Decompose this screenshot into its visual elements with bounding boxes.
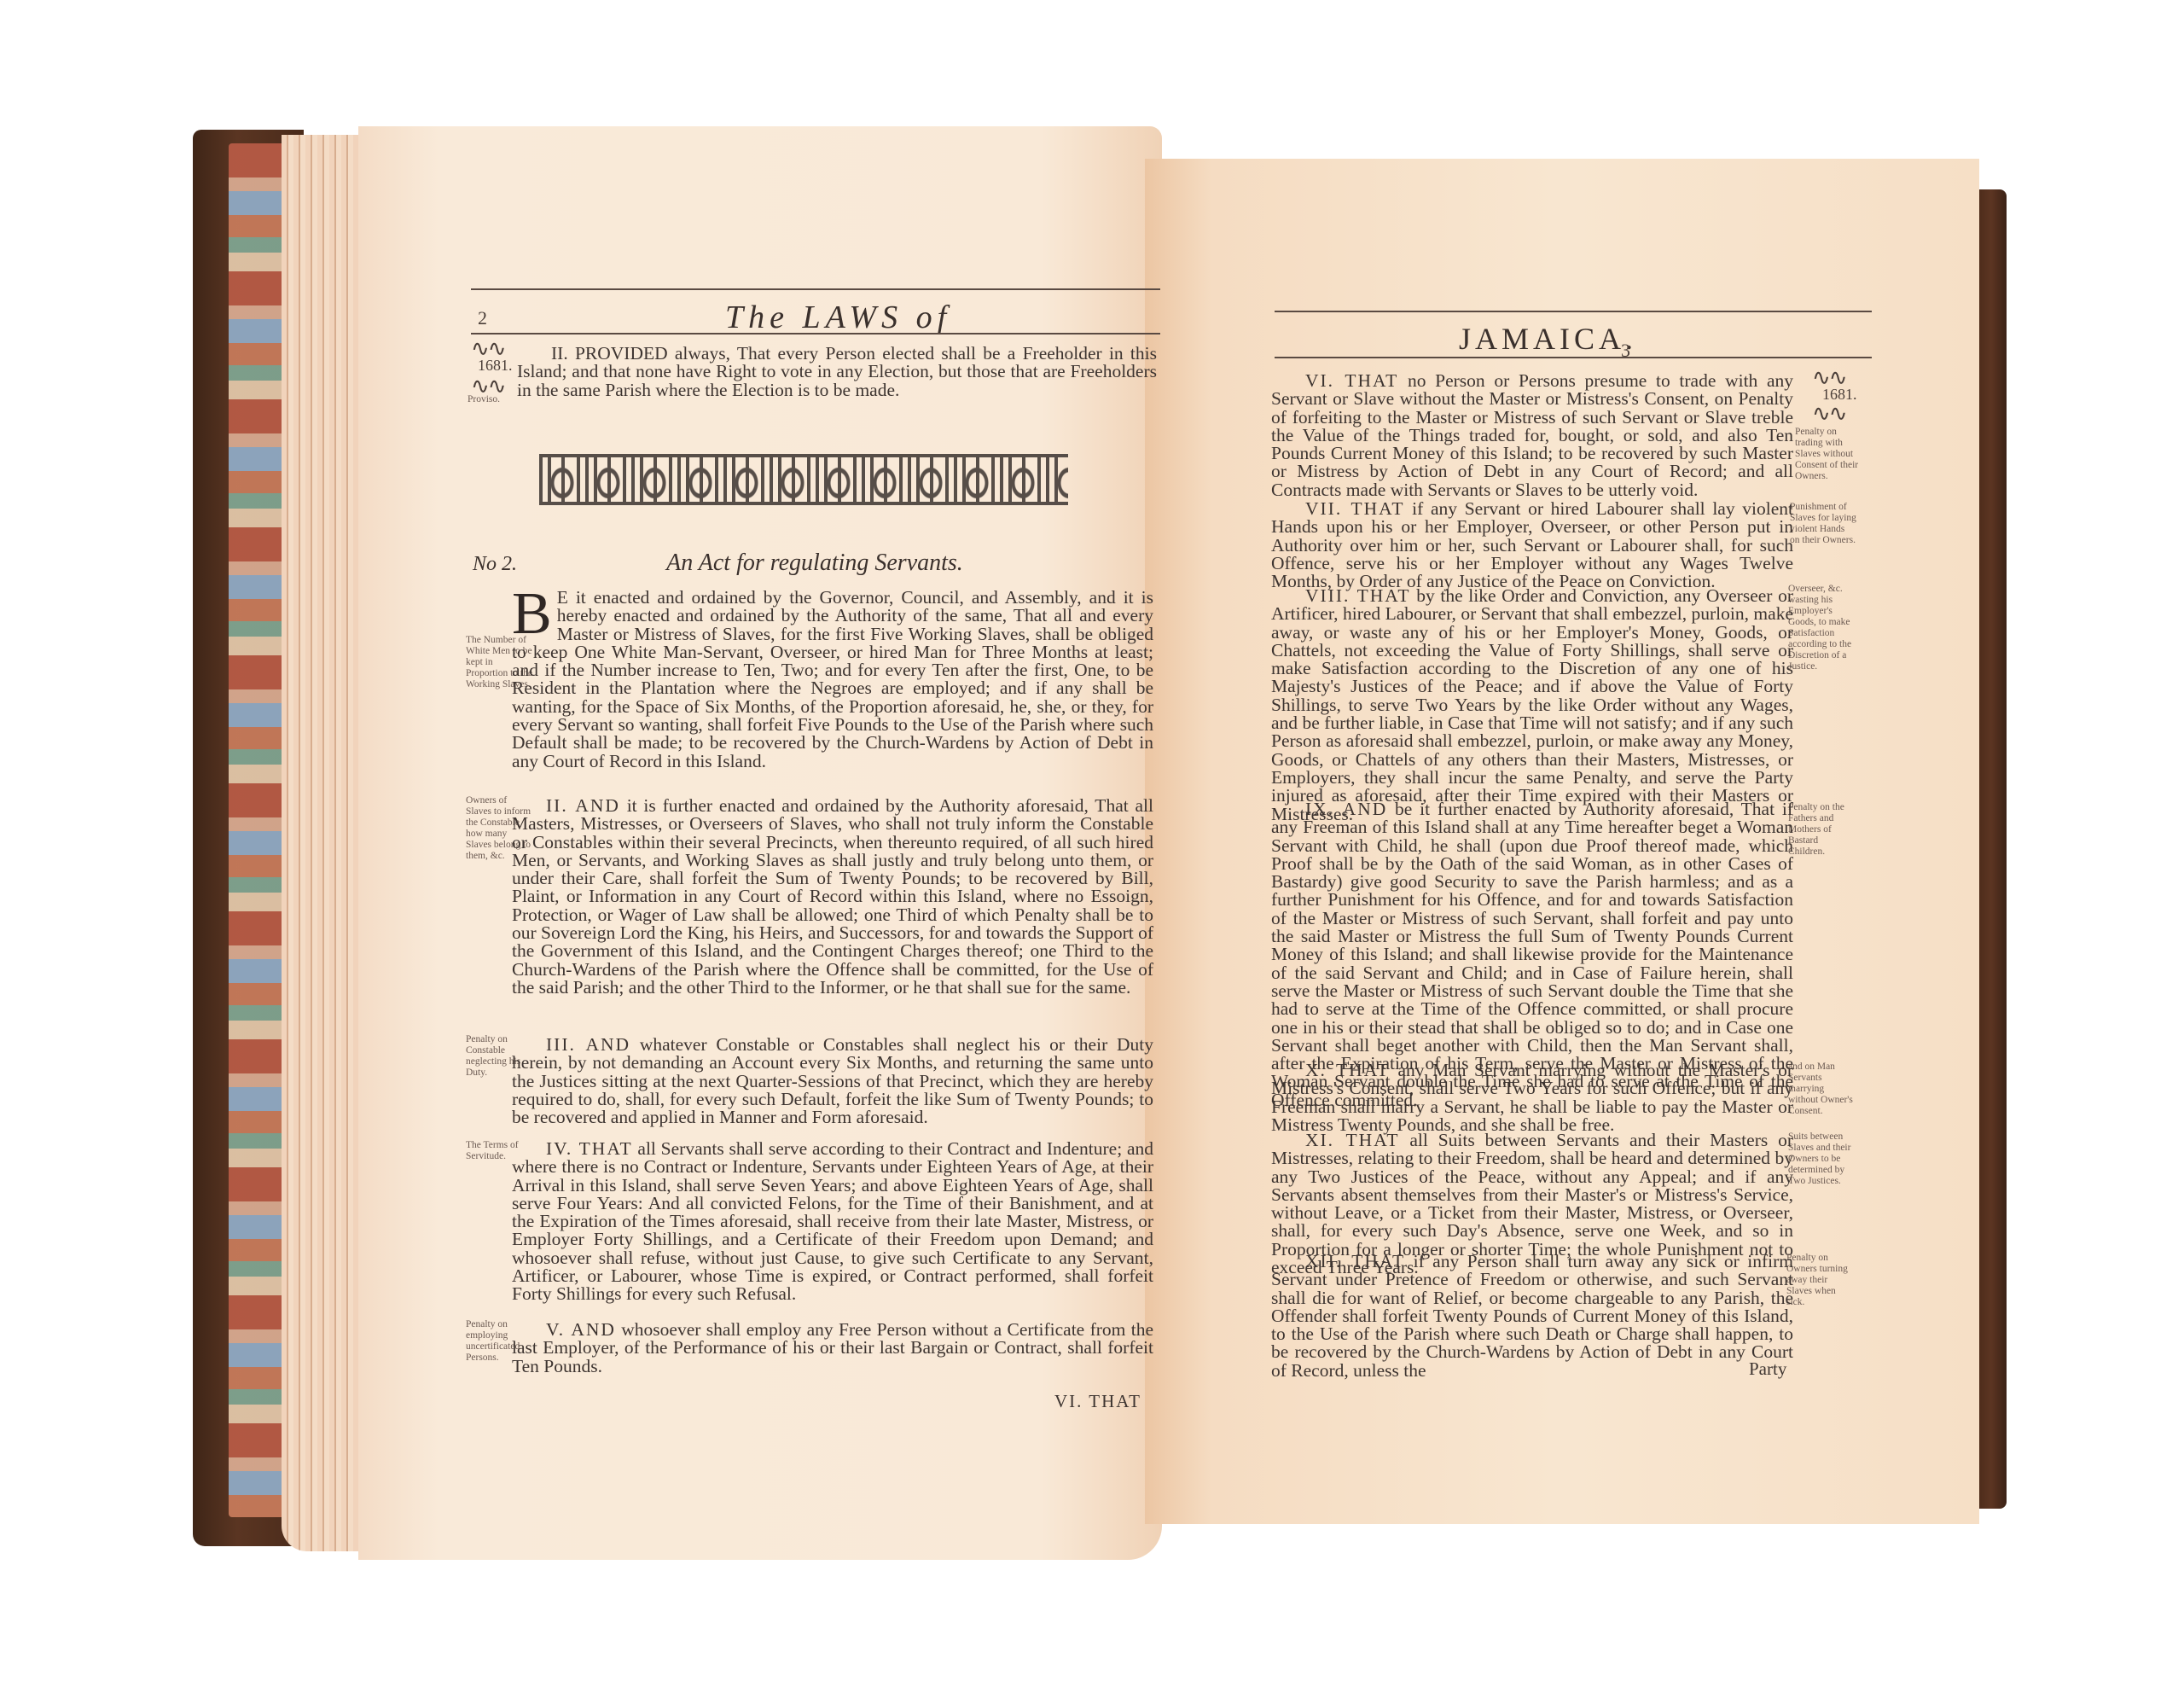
margin-note: Overseer, &c. wasting his Employer's Goo… — [1788, 584, 1855, 672]
section-6: VI. THAT no Person or Persons presume to… — [1271, 372, 1793, 499]
running-head: JAMAICA. — [1459, 321, 1637, 357]
drop-cap: B — [512, 590, 552, 638]
section-text: if any Person shall turn away any sick o… — [1271, 1251, 1793, 1381]
book-cover-right — [1976, 189, 2007, 1509]
section-12: XII. THAT if any Person shall turn away … — [1271, 1253, 1793, 1380]
catchword: Party — [1749, 1358, 1786, 1380]
section-text: E it enacted and ordained by the Governo… — [512, 587, 1153, 771]
header-rule-bottom — [1275, 357, 1872, 358]
swash-ornament-icon: ∿∿ — [1812, 408, 1846, 420]
printer-ornament-band — [539, 454, 1068, 505]
section-text: by the like Order and Conviction, any Ov… — [1271, 585, 1793, 824]
section-5: V. AND whosoever shall employ any Free P… — [512, 1321, 1153, 1376]
header-rule-top — [1275, 311, 1872, 312]
section-text: it is further enacted and ordained by th… — [512, 795, 1153, 998]
running-head: The LAWS of — [725, 299, 951, 336]
section-8: VIII. THAT by the like Order and Convict… — [1271, 587, 1793, 823]
margin-note: Penalty on trading with Slaves without C… — [1795, 427, 1862, 482]
margin-note: and on Man Servants marrying without Own… — [1788, 1062, 1855, 1117]
section-text: no Person or Persons presume to trade wi… — [1271, 370, 1793, 500]
section-10: X. THAT any Man Servant marrying without… — [1271, 1062, 1793, 1134]
section-2: II. AND it is further enacted and ordain… — [512, 797, 1153, 997]
page-number: 2 — [478, 307, 487, 329]
margin-note: Suits between Slaves and their Owners to… — [1788, 1131, 1855, 1187]
page-stack-edge — [282, 135, 367, 1551]
margin-note: Penalty on Owners turning away their Sla… — [1786, 1253, 1853, 1308]
act-title: An Act for regulating Servants. — [461, 550, 1169, 577]
section-text: all Servants shall serve according to th… — [512, 1138, 1153, 1304]
section-1: BE it enacted and ordained by the Govern… — [512, 589, 1153, 771]
swash-ornament-icon: ∿∿ — [1812, 372, 1846, 384]
swash-ornament-icon: ∿∿ — [471, 343, 505, 355]
header-rule-bottom — [471, 333, 1160, 334]
margin-note: Penalty on the Fathers and Mothers of Ba… — [1788, 802, 1855, 858]
marbled-endpaper — [229, 143, 287, 1517]
catchword: VI. THAT — [1054, 1391, 1141, 1412]
page-number: 3 — [1621, 340, 1630, 362]
header-rule-top — [471, 288, 1160, 290]
swash-ornament-icon: ∿∿ — [471, 381, 505, 393]
margin-note: Punishment of Slaves for laying violent … — [1790, 502, 1856, 546]
section-3: III. AND whatever Constable or Constable… — [512, 1036, 1153, 1126]
year-label: 1681. — [478, 357, 513, 375]
section-4: IV. THAT all Servants shall serve accord… — [512, 1140, 1153, 1304]
section-7: VII. THAT if any Servant or hired Labour… — [1271, 500, 1793, 590]
proviso-paragraph: II. PROVIDED always, That every Person e… — [517, 345, 1157, 399]
proviso-text: II. PROVIDED always, That every Person e… — [517, 345, 1157, 399]
